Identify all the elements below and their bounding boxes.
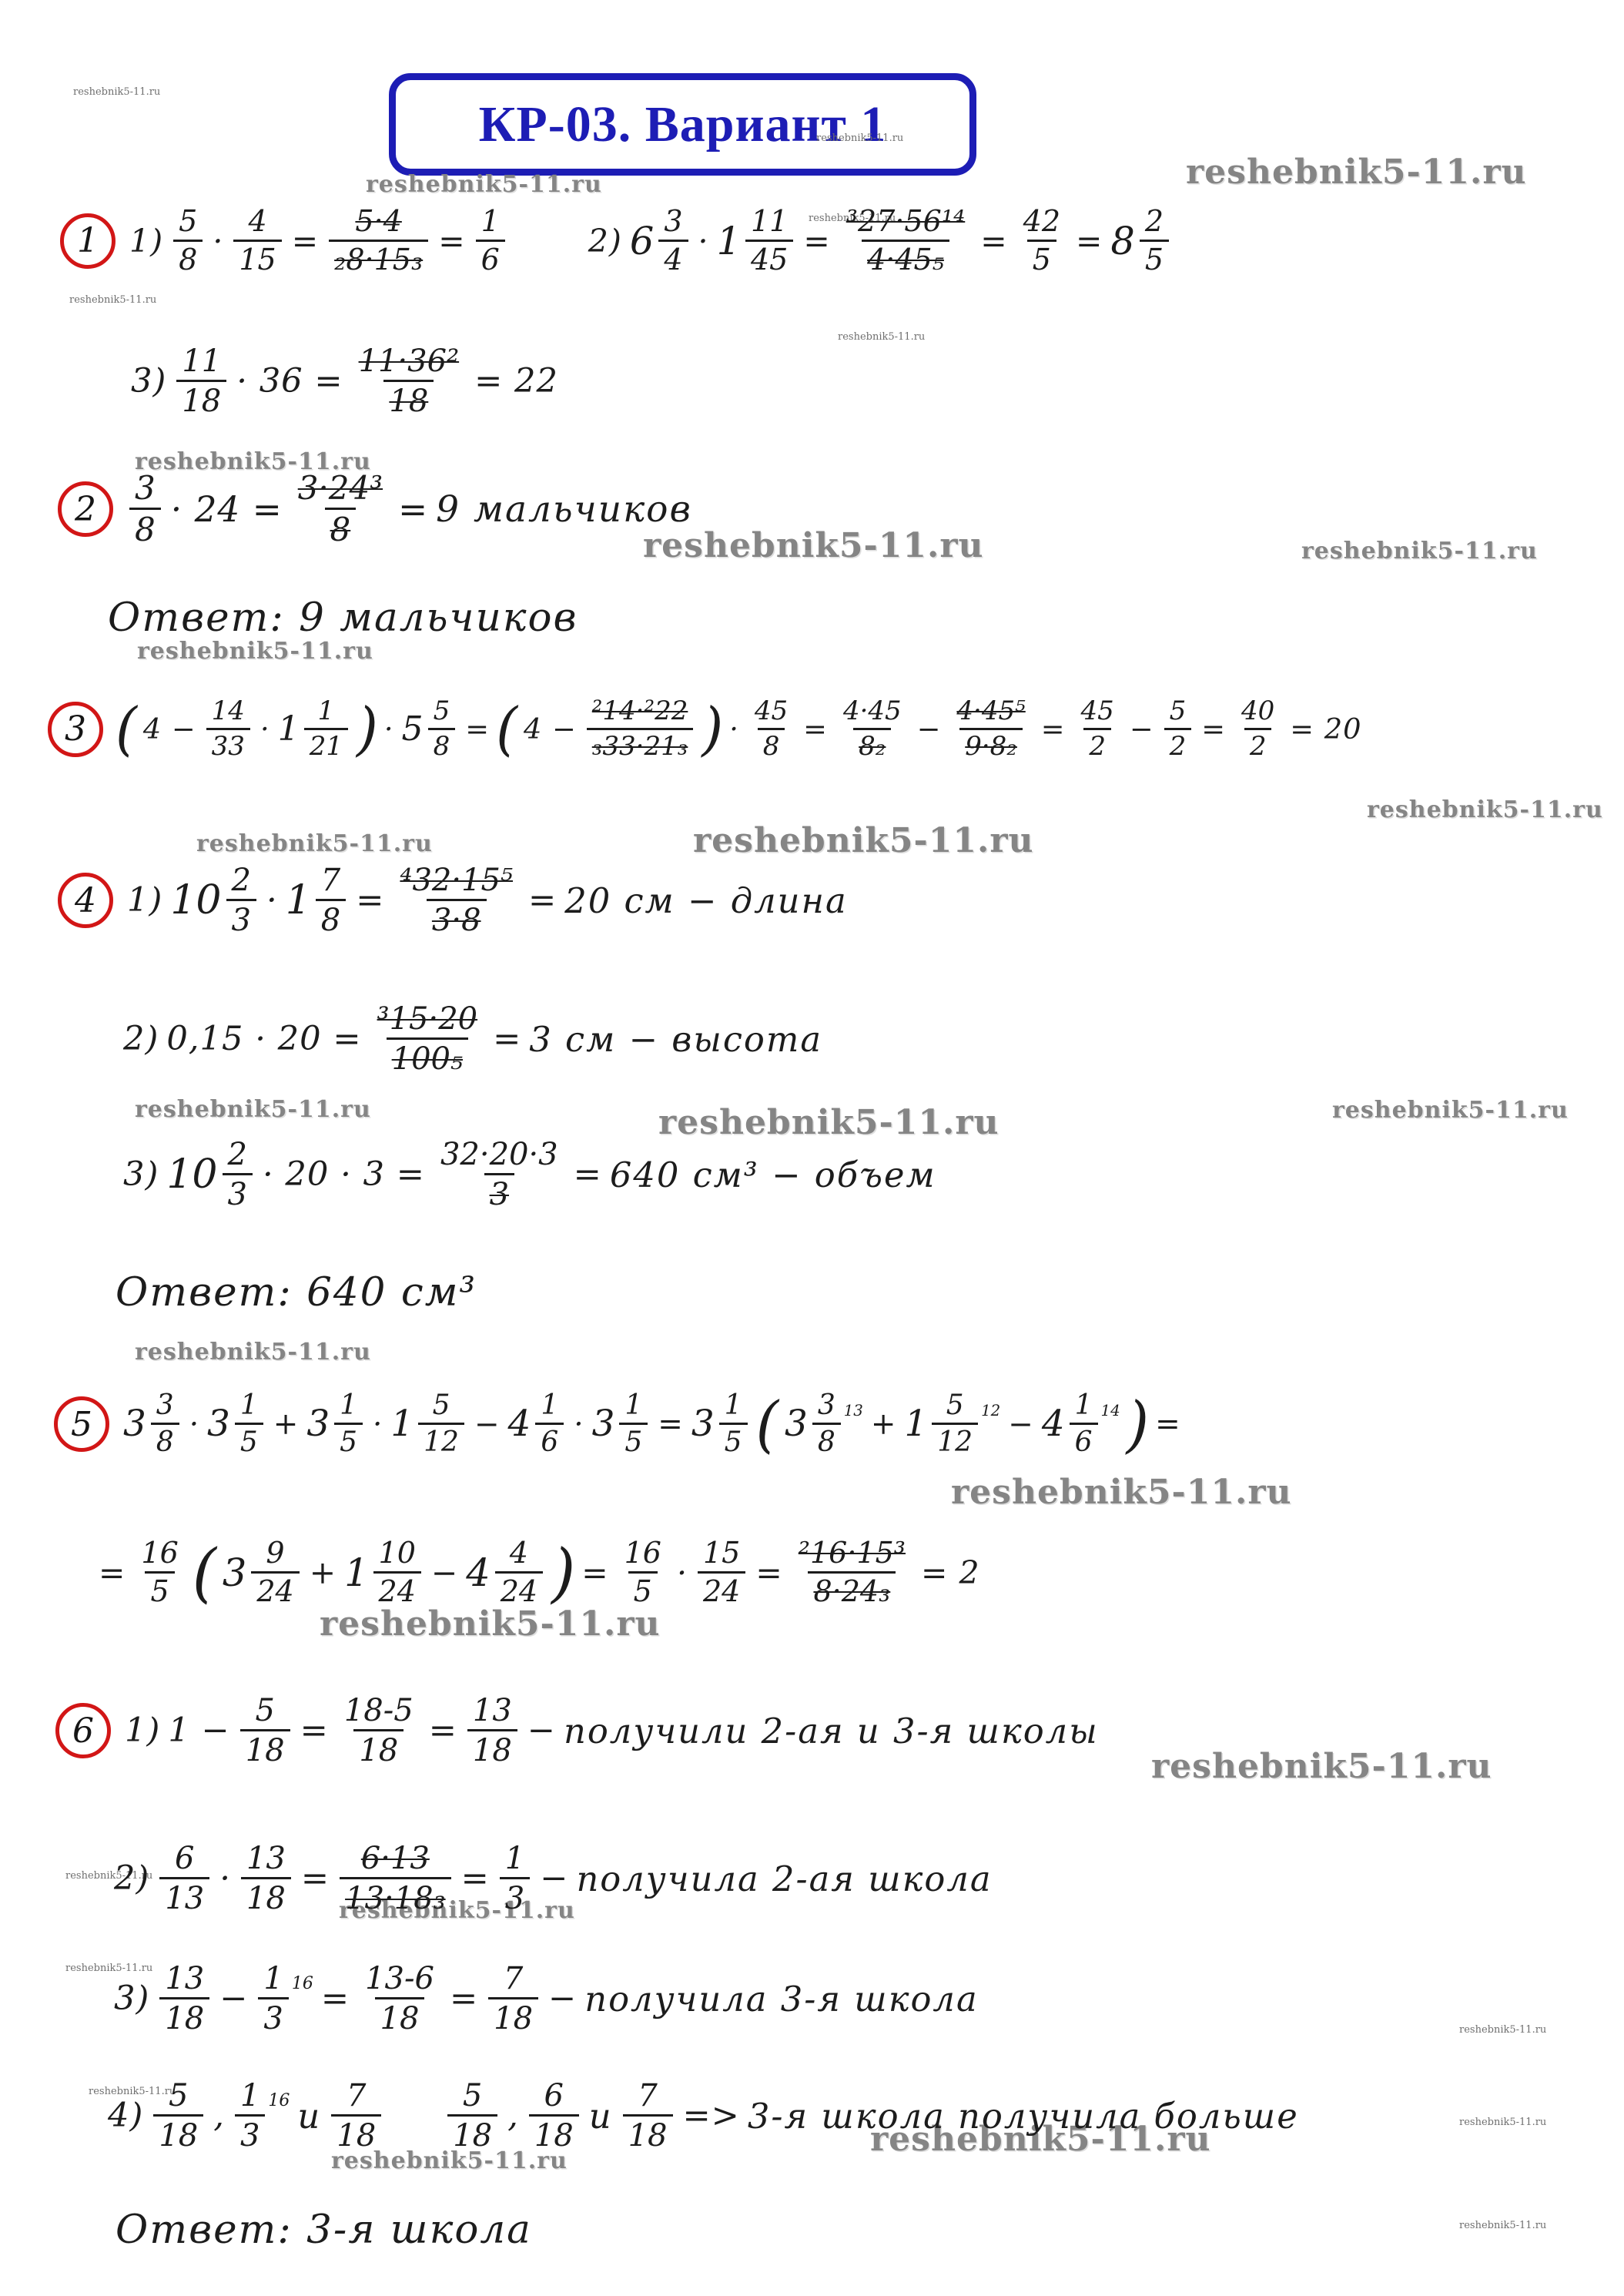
numerator: 11 bbox=[745, 206, 793, 240]
numerator: ³27·56¹⁴ bbox=[841, 206, 971, 240]
fraction-stack: 16 bbox=[476, 206, 505, 276]
problem-number-badge: 5 bbox=[54, 1396, 109, 1452]
math-text: , bbox=[507, 2097, 519, 2135]
numerator: 11 bbox=[176, 345, 226, 380]
math-line-problem-2: 238· 24 =3·24³8=9 мальчиков bbox=[58, 471, 692, 547]
math-text: + bbox=[310, 1554, 337, 1591]
watermark: reshebnik5-11.ru bbox=[366, 171, 602, 198]
math-text: · bbox=[266, 881, 278, 920]
whole-number: 5 bbox=[402, 709, 424, 749]
math-line-problem-6: 61)1 −518=18-518=1318−получили 2-ая и 3-… bbox=[55, 1694, 1099, 1767]
fraction-stack: 23 bbox=[223, 1138, 253, 1211]
whole-number: 3 bbox=[691, 1403, 715, 1445]
whole-number: 3 bbox=[223, 1550, 246, 1595]
handwritten-word: 640 см³ − объем bbox=[610, 1155, 936, 1195]
whole-number: 1 bbox=[717, 219, 741, 263]
denominator: 8 bbox=[428, 728, 456, 761]
watermark: reshebnik5-11.ru bbox=[1332, 1097, 1569, 1124]
denominator: 2 bbox=[1244, 728, 1272, 761]
watermark: reshebnik5-11.ru bbox=[135, 1096, 371, 1123]
handwritten-word: 3-я школа получила больше bbox=[748, 2096, 1299, 2137]
denominator: 18 bbox=[383, 380, 434, 417]
numerator: 1 bbox=[476, 206, 505, 240]
handwritten-word: получила 2-ая школа bbox=[576, 1859, 992, 1899]
denominator: 8 bbox=[129, 508, 161, 547]
fraction-stack: 18-518 bbox=[339, 1694, 419, 1767]
handwritten-word: Ответ: 3-я школа bbox=[116, 2207, 532, 2253]
math-text: = bbox=[438, 223, 465, 260]
math-text: = bbox=[528, 881, 557, 920]
denominator: 8·24₃ bbox=[808, 1571, 896, 1607]
fraction: 41614 bbox=[1042, 1391, 1120, 1457]
math-line-problem-6: 3)1318−1316=13-618=718−получила 3-я школ… bbox=[114, 1962, 979, 2035]
big-paren: ( bbox=[756, 1389, 779, 1460]
fraction-stack: 518 bbox=[240, 1694, 290, 1767]
whole-number: 3 bbox=[306, 1403, 330, 1445]
numerator: 5 bbox=[457, 2080, 487, 2114]
math-text: − bbox=[917, 712, 942, 746]
fraction: 1121 bbox=[278, 698, 350, 760]
math-text: = bbox=[803, 223, 830, 260]
fraction-stack: 38 bbox=[151, 1391, 179, 1457]
denominator: ₃33·21₃ bbox=[587, 728, 694, 761]
fraction: 151212 bbox=[904, 1391, 1000, 1457]
math-text: = bbox=[581, 1554, 608, 1591]
denominator: 6 bbox=[476, 240, 505, 276]
fraction: 1318 bbox=[157, 1962, 212, 2035]
fraction-stack: ³27·56¹⁴4·45₅ bbox=[841, 206, 971, 276]
math-text: − bbox=[548, 1979, 577, 2018]
denominator: 33 bbox=[206, 728, 250, 761]
fraction-stack: 15 bbox=[719, 1391, 748, 1457]
fraction: 315 bbox=[306, 1391, 365, 1457]
big-paren: ) bbox=[1127, 1389, 1150, 1460]
fraction: 415 bbox=[231, 206, 283, 276]
math-text: · 36 = bbox=[236, 362, 343, 401]
fraction: 718 bbox=[486, 1962, 541, 2035]
big-paren: ( bbox=[116, 696, 137, 763]
whole-number: 3 bbox=[123, 1403, 146, 1445]
math-text: = bbox=[301, 1859, 330, 1898]
fraction-stack: 38 bbox=[812, 1391, 841, 1457]
denominator: 6 bbox=[1070, 1423, 1098, 1457]
denominator: 3 bbox=[500, 1877, 530, 1915]
fraction-stack: 165 bbox=[619, 1538, 667, 1607]
fraction-stack: 32·20·33 bbox=[435, 1138, 564, 1211]
math-text: = 22 bbox=[474, 362, 558, 401]
fraction-stack: 13 bbox=[500, 1842, 530, 1915]
math-line-problem-5: 5338·315+315·1512−416·315=315(33813+1512… bbox=[54, 1390, 1181, 1458]
fraction: 1318 bbox=[239, 1842, 293, 1915]
math-text: = bbox=[465, 712, 490, 746]
math-text: 4) bbox=[108, 2097, 143, 2135]
math-line-problem-4: 3)1023· 20 · 3 =32·20·33=640 см³ − объем bbox=[123, 1138, 936, 1211]
handwritten-word: получила 3-я школа bbox=[584, 1979, 978, 2019]
numerator: 3 bbox=[151, 1391, 179, 1423]
numerator: 4 bbox=[504, 1538, 534, 1571]
fraction: 38 bbox=[127, 471, 163, 547]
math-text: = bbox=[356, 881, 384, 920]
numerator: 2 bbox=[223, 1138, 253, 1173]
denominator: 18 bbox=[241, 1877, 291, 1915]
fraction-stack: 23 bbox=[226, 864, 256, 937]
numerator: 1 bbox=[619, 1391, 648, 1423]
denominator: 3 bbox=[226, 899, 256, 937]
math-text: = bbox=[398, 489, 428, 530]
numerator: 5·4 bbox=[350, 206, 407, 240]
fraction: 11145 bbox=[717, 206, 796, 276]
fraction: 6·1313·18₃ bbox=[337, 1842, 454, 1915]
fraction-stack: 452 bbox=[1076, 698, 1120, 760]
fraction: 718 bbox=[329, 2080, 383, 2152]
numerator: 5 bbox=[427, 1391, 456, 1423]
fraction: 518 bbox=[238, 1694, 293, 1767]
denominator: 5 bbox=[719, 1423, 748, 1457]
denominator: 18 bbox=[176, 380, 226, 417]
math-line-problem-1: 11)58·415=5·4₂8·15₃=162)634·11145=³27·56… bbox=[60, 206, 1171, 276]
denominator: 24 bbox=[251, 1571, 299, 1607]
watermark: reshebnik5-11.ru bbox=[838, 331, 925, 343]
numerator: 1 bbox=[500, 1842, 530, 1877]
fraction-stack: ⁴32·15⁵3·8 bbox=[394, 864, 518, 937]
fraction: 5·4₂8·15₃ bbox=[326, 206, 430, 276]
math-text: 1) bbox=[127, 881, 162, 920]
math-text: 2) bbox=[114, 1859, 149, 1898]
numerator: 5 bbox=[163, 2080, 193, 2114]
denominator: 18 bbox=[623, 2114, 673, 2152]
denominator: 8 bbox=[325, 508, 357, 547]
numerator: 14 bbox=[206, 698, 250, 728]
handwritten-word: 20 см − длина bbox=[564, 880, 847, 921]
fraction: 558 bbox=[402, 698, 458, 760]
math-text: + bbox=[273, 1407, 300, 1442]
page-title: КР-03. Вариант 1 bbox=[479, 96, 887, 154]
fraction-stack: 1318 bbox=[159, 1962, 209, 2035]
numerator: 42 bbox=[1018, 206, 1066, 240]
math-text: · bbox=[729, 712, 739, 746]
handwritten-word: 9 мальчиков bbox=[436, 488, 692, 531]
math-text: = bbox=[461, 1859, 490, 1898]
fraction-stack: 78 bbox=[316, 864, 346, 937]
denominator: 24 bbox=[373, 1571, 421, 1607]
denominator: 5 bbox=[235, 1423, 263, 1457]
fraction: 11·36²18 bbox=[351, 345, 467, 417]
denominator: 18 bbox=[159, 1997, 209, 2035]
fraction-stack: 13-618 bbox=[360, 1962, 440, 2035]
numerator: 3·24³ bbox=[293, 471, 388, 508]
fraction: 416 bbox=[508, 1391, 567, 1457]
math-text: 3) bbox=[123, 1155, 159, 1194]
fraction-stack: 4·458₂ bbox=[838, 698, 907, 760]
numerator: 45 bbox=[749, 698, 793, 728]
numerator: 9 bbox=[260, 1538, 290, 1571]
denominator: 4·45₅ bbox=[862, 240, 949, 276]
fraction-stack: 1024 bbox=[373, 1538, 421, 1607]
denominator: 18 bbox=[153, 2114, 203, 2152]
denominator: 3 bbox=[223, 1173, 253, 1211]
fraction: 3924 bbox=[223, 1538, 302, 1607]
math-line-problem-3: 3(4 −1433·1121)·558=(4 −²14·²22₃33·21₃)·… bbox=[48, 697, 1361, 761]
denominator: 13 bbox=[159, 1877, 209, 1915]
math-text: , bbox=[213, 2097, 225, 2135]
numerator: 45 bbox=[1076, 698, 1120, 728]
math-text: = bbox=[1076, 223, 1103, 260]
problem-number-badge: 3 bbox=[48, 702, 103, 757]
watermark: reshebnik5-11.ru bbox=[135, 1339, 371, 1366]
math-text: − bbox=[1008, 1407, 1034, 1442]
denominator: 45 bbox=[745, 240, 793, 276]
denominator: 8 bbox=[151, 1423, 179, 1457]
whole-number: 1 bbox=[344, 1550, 368, 1595]
watermark: reshebnik5-11.ru bbox=[693, 821, 1034, 860]
denominator: 3 bbox=[258, 1997, 288, 2035]
math-text: − bbox=[1130, 712, 1154, 746]
cancel-mark: 14 bbox=[1101, 1402, 1120, 1419]
fraction: 518 bbox=[445, 2080, 500, 2152]
fraction: 1023 bbox=[166, 1138, 255, 1211]
denominator: 8₂ bbox=[853, 728, 891, 761]
math-line-problem-1: 3)1118· 36 =11·36²18= 22 bbox=[131, 345, 558, 417]
numerator: 7 bbox=[316, 864, 346, 899]
fraction-stack: 16 bbox=[535, 1391, 564, 1457]
numerator: 1 bbox=[313, 698, 340, 728]
fraction-stack: 1524 bbox=[698, 1538, 745, 1607]
denominator: 21 bbox=[304, 728, 348, 761]
denominator: 12 bbox=[418, 1423, 464, 1457]
fraction-stack: ²16·15³8·24₃ bbox=[793, 1538, 911, 1607]
math-text: = bbox=[321, 1979, 350, 2018]
numerator: 5 bbox=[173, 206, 203, 240]
numerator: 4 bbox=[243, 206, 272, 240]
numerator: 16 bbox=[136, 1538, 183, 1571]
fraction-stack: 512 bbox=[932, 1391, 978, 1457]
fraction: 18-518 bbox=[337, 1694, 421, 1767]
math-line-problem-4: 2)0,15 · 20 =³15·20100₅=3 см − высота bbox=[123, 1003, 822, 1075]
watermark: reshebnik5-11.ru bbox=[1186, 153, 1527, 192]
whole-number: 1 bbox=[390, 1403, 414, 1445]
watermark: reshebnik5-11.ru bbox=[643, 526, 984, 565]
whole-number: 1 bbox=[278, 709, 300, 749]
fraction-stack: 458 bbox=[749, 698, 793, 760]
fraction: 402 bbox=[1234, 698, 1282, 760]
watermark: reshebnik5-11.ru bbox=[137, 638, 373, 665]
numerator: 40 bbox=[1236, 698, 1280, 728]
math-text: · bbox=[677, 1554, 688, 1591]
fraction: 13-618 bbox=[357, 1962, 442, 2035]
fraction: 4424 bbox=[466, 1538, 545, 1607]
math-text: − bbox=[219, 1979, 248, 2018]
math-text: = bbox=[755, 1554, 782, 1591]
math-text: 3) bbox=[131, 362, 166, 401]
fraction: 178 bbox=[286, 864, 349, 937]
math-line-problem-2: Ответ: 9 мальчиков bbox=[108, 595, 578, 641]
fraction: 32·20·33 bbox=[433, 1138, 566, 1211]
math-line-problem-5: =165(3924+11024−4424)=165·1524=²16·15³8·… bbox=[99, 1537, 980, 1608]
handwritten-word: получили 2-ая и 3-я школы bbox=[564, 1711, 1099, 1751]
fraction: 4·458₂ bbox=[835, 698, 909, 760]
math-text: = bbox=[1201, 712, 1226, 746]
fraction: 16 bbox=[474, 206, 507, 276]
watermark: reshebnik5-11.ru bbox=[951, 1473, 1292, 1512]
fraction-stack: 25 bbox=[1140, 206, 1169, 276]
big-paren: ( bbox=[193, 1535, 216, 1611]
fraction: 718 bbox=[621, 2080, 675, 2152]
denominator: 18 bbox=[467, 1729, 517, 1767]
numerator: 11·36² bbox=[353, 345, 465, 380]
fraction: 518 bbox=[151, 2080, 206, 2152]
math-text: · bbox=[219, 1859, 231, 1898]
denominator: 15 bbox=[233, 240, 281, 276]
math-text: 2) bbox=[588, 223, 622, 260]
denominator: 5 bbox=[1027, 240, 1056, 276]
whole-number: 3 bbox=[592, 1403, 615, 1445]
fraction-stack: 121 bbox=[304, 698, 348, 760]
fraction: 3·24³8 bbox=[290, 471, 390, 547]
math-line-problem-4: Ответ: 640 см³ bbox=[116, 1269, 477, 1316]
fraction-stack: 13 bbox=[235, 2080, 265, 2152]
fraction: 1118 bbox=[174, 345, 229, 417]
numerator: 4·45 bbox=[838, 698, 907, 728]
watermark: reshebnik5-11.ru bbox=[320, 1604, 661, 1644]
whole-number: 4 bbox=[508, 1403, 531, 1445]
fraction: 315 bbox=[592, 1391, 651, 1457]
denominator: 8 bbox=[173, 240, 203, 276]
denominator: 18 bbox=[240, 1729, 290, 1767]
math-text: = bbox=[803, 712, 828, 746]
denominator: 5 bbox=[619, 1423, 648, 1457]
problem-number-badge: 2 bbox=[58, 481, 113, 537]
whole-number: 10 bbox=[166, 1151, 217, 1198]
fraction-stack: 718 bbox=[623, 2080, 673, 2152]
handwritten-word: и bbox=[589, 2096, 613, 2137]
numerator: 3 bbox=[812, 1391, 841, 1423]
fraction-stack: 402 bbox=[1236, 698, 1280, 760]
math-text: = 20 bbox=[1290, 712, 1361, 746]
watermark: reshebnik5-11.ru bbox=[658, 1103, 1000, 1142]
fraction-stack: 415 bbox=[233, 206, 281, 276]
fraction-stack: 518 bbox=[153, 2080, 203, 2152]
denominator: 18 bbox=[488, 1997, 538, 2035]
fraction-stack: 1318 bbox=[467, 1694, 517, 1767]
math-text: − bbox=[474, 1407, 501, 1442]
numerator: 1 bbox=[1070, 1391, 1098, 1423]
numerator: 6 bbox=[539, 2080, 569, 2114]
math-text: 1 − bbox=[168, 1711, 229, 1750]
fraction: 13 bbox=[497, 1842, 532, 1915]
denominator: 3·8 bbox=[427, 899, 487, 937]
denominator: ₂8·15₃ bbox=[329, 240, 428, 276]
math-line-problem-6: 4)518,1316и718518,618и718=>3-я школа пол… bbox=[108, 2080, 1299, 2152]
watermark: reshebnik5-11.ru bbox=[816, 132, 903, 144]
watermark: reshebnik5-11.ru bbox=[1151, 1747, 1492, 1786]
denominator: 6 bbox=[535, 1423, 564, 1457]
numerator: 1 bbox=[258, 1962, 288, 1997]
numerator: 1 bbox=[334, 1391, 363, 1423]
denominator: 2 bbox=[1164, 728, 1192, 761]
fraction: ⁴32·15⁵3·8 bbox=[392, 864, 521, 937]
fraction-stack: 6·1313·18₃ bbox=[340, 1842, 451, 1915]
fraction: 634 bbox=[630, 206, 691, 276]
fraction-stack: 5·4₂8·15₃ bbox=[329, 206, 428, 276]
denominator: 100₅ bbox=[387, 1037, 468, 1075]
fraction: ²16·15³8·24₃ bbox=[791, 1538, 913, 1607]
fraction-stack: 38 bbox=[129, 471, 161, 547]
numerator: 1 bbox=[719, 1391, 748, 1423]
fraction-stack: 718 bbox=[488, 1962, 538, 2035]
fraction: 165 bbox=[617, 1538, 669, 1607]
math-text: · 24 = bbox=[171, 489, 283, 530]
math-text: · bbox=[260, 712, 270, 746]
big-paren: ( bbox=[496, 696, 517, 763]
fraction-stack: 15 bbox=[235, 1391, 263, 1457]
numerator: 13 bbox=[159, 1962, 209, 1997]
denominator: 5 bbox=[1140, 240, 1169, 276]
math-text: · bbox=[213, 223, 223, 260]
math-text: => bbox=[683, 2097, 740, 2135]
whole-number: 3 bbox=[207, 1403, 230, 1445]
fraction: ³15·20100₅ bbox=[370, 1003, 486, 1075]
fraction-stack: ³15·20100₅ bbox=[372, 1003, 484, 1075]
math-text: = bbox=[1041, 712, 1066, 746]
fraction-stack: 425 bbox=[1018, 206, 1066, 276]
numerator: 13-6 bbox=[360, 1962, 440, 1997]
handwritten-word: и bbox=[297, 2096, 321, 2137]
fraction: 58 bbox=[171, 206, 205, 276]
fraction: 1023 bbox=[170, 864, 259, 937]
denominator: 4 bbox=[658, 240, 688, 276]
fraction-stack: 52 bbox=[1164, 698, 1192, 760]
math-text: = bbox=[292, 223, 319, 260]
denominator: 18 bbox=[529, 2114, 579, 2152]
whole-number: 4 bbox=[1042, 1403, 1065, 1445]
title-box: КР-03. Вариант 1 bbox=[389, 73, 976, 176]
math-text: = bbox=[300, 1711, 329, 1750]
denominator: 3 bbox=[484, 1173, 514, 1211]
math-text: = bbox=[980, 223, 1007, 260]
numerator: 10 bbox=[373, 1538, 421, 1571]
whole-number: 1 bbox=[904, 1403, 927, 1445]
denominator: 3 bbox=[235, 2114, 265, 2152]
fraction: 613 bbox=[157, 1842, 212, 1915]
math-line-problem-6: Ответ: 3-я школа bbox=[116, 2207, 532, 2253]
big-paren: ) bbox=[357, 696, 378, 763]
fraction-stack: 1145 bbox=[745, 206, 793, 276]
denominator: 24 bbox=[495, 1571, 543, 1607]
fraction-stack: 618 bbox=[529, 2080, 579, 2152]
denominator: 5 bbox=[334, 1423, 363, 1457]
numerator: 5 bbox=[1164, 698, 1192, 728]
cancel-mark: 12 bbox=[981, 1402, 1000, 1419]
fraction: 1512 bbox=[390, 1391, 467, 1457]
big-paren: ) bbox=[551, 1535, 575, 1611]
watermark: reshebnik5-11.ru bbox=[1459, 2220, 1546, 2231]
whole-number: 8 bbox=[1110, 219, 1134, 263]
denominator: 5 bbox=[628, 1571, 658, 1607]
page: КР-03. Вариант 1 reshebnik5-11.rureshebn… bbox=[0, 0, 1624, 2296]
handwritten-word: Ответ: 9 мальчиков bbox=[108, 595, 578, 641]
fraction: 825 bbox=[1110, 206, 1171, 276]
watermark: reshebnik5-11.ru bbox=[1459, 2117, 1546, 2128]
math-text: = bbox=[1155, 1407, 1181, 1442]
numerator: 2 bbox=[1140, 206, 1169, 240]
fraction-stack: 165 bbox=[136, 1538, 183, 1607]
fraction: ²14·²22₃33·21₃ bbox=[584, 698, 696, 760]
fraction-stack: 924 bbox=[251, 1538, 299, 1607]
fraction: 52 bbox=[1162, 698, 1194, 760]
fraction: 1433 bbox=[204, 698, 253, 760]
numerator: 6·13 bbox=[356, 1842, 435, 1877]
fraction-stack: 34 bbox=[658, 206, 688, 276]
